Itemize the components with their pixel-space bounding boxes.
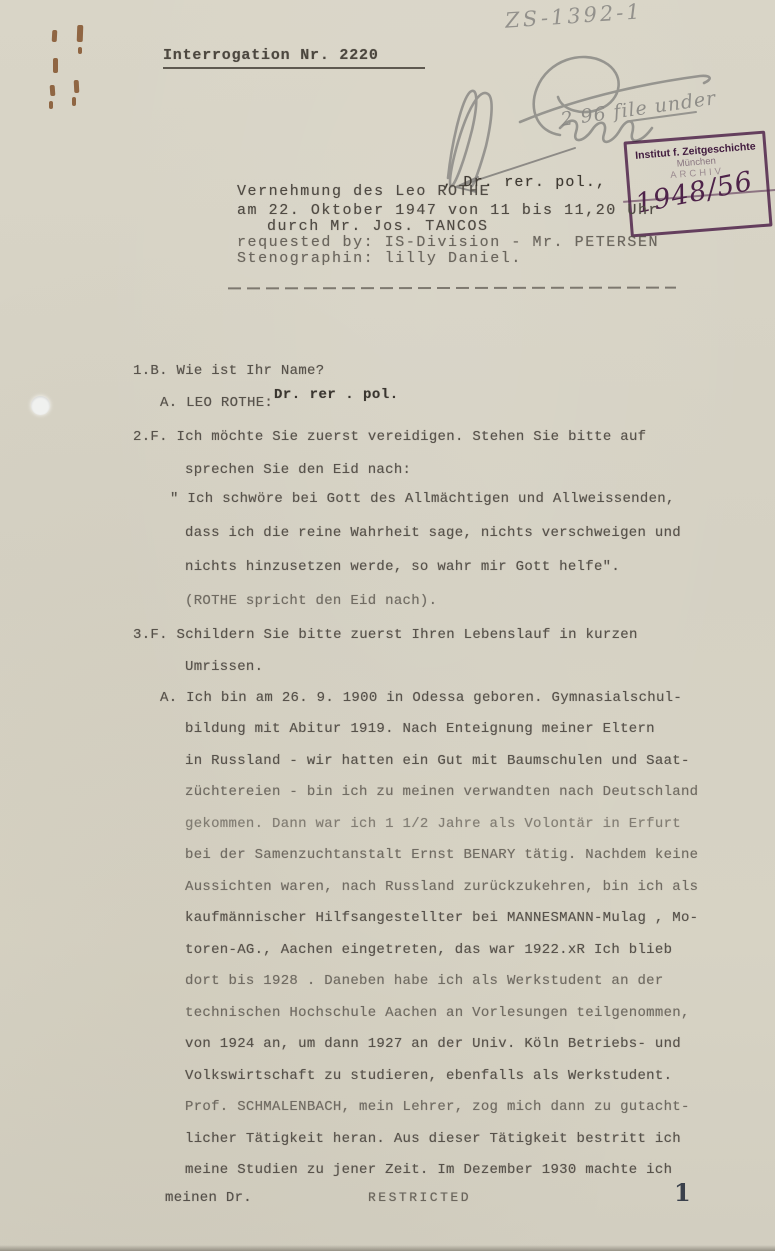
answer-line: von 1924 an, um dann 1927 an der Univ. K… (185, 1036, 681, 1052)
answer-line: Prof. SCHMALENBACH, mein Lehrer, zog mic… (185, 1099, 690, 1115)
answer-line: kaufmännischer Hilfsangestellter bei MAN… (185, 910, 698, 926)
answer-line: dort bis 1928 . Daneben habe ich als Wer… (185, 973, 664, 989)
oath-line: dass ich die reine Wahrheit sage, nichts… (185, 525, 681, 541)
answer-line: gekommen. Dann war ich 1 1/2 Jahre als V… (185, 816, 681, 832)
document-page: Interrogation Nr. 2220 ZS-1392-1 2 96 fi… (0, 0, 775, 1251)
answer-line: technischen Hochschule Aachen an Vorlesu… (185, 1005, 690, 1021)
answer-line: toren-AG., Aachen eingetreten, das war 1… (185, 942, 672, 958)
qa-line: A. LEO ROTHE: Dr. rer . pol. (160, 395, 273, 411)
oath-line: nichts hinzusetzen werde, so wahr mir Go… (185, 559, 620, 575)
staple-mark (78, 47, 82, 54)
classification-marking: RESTRICTED (368, 1190, 471, 1205)
qa-line: Umrissen. (185, 659, 263, 675)
staple-mark (53, 58, 58, 73)
qa-line: 3.F. Schildern Sie bitte zuerst Ihren Le… (133, 627, 638, 643)
qa-line: 2.F. Ich möchte Sie zuerst vereidigen. S… (133, 429, 646, 445)
staple-mark (50, 85, 56, 96)
staple-mark (72, 97, 76, 106)
header-subject-degree: , Dr. rer. pol., (443, 174, 606, 191)
header-subject-line: Vernehmung des Leo ROTHE , Dr. rer. pol.… (237, 183, 490, 200)
answer-line: licher Tätigkeit heran. Aus dieser Tätig… (185, 1131, 681, 1147)
oath-line: " Ich schwöre bei Gott des Allmächtigen … (170, 491, 675, 507)
filing-note-handwriting: 2 96 file under (559, 87, 717, 131)
answer-line: bildung mit Abitur 1919. Nach Enteignung… (185, 721, 655, 737)
archive-stamp: Institut f. Zeitgeschichte München ARCHI… (623, 131, 772, 238)
header-date-line: am 22. Oktober 1947 von 11 bis 11,20 Uhr (237, 202, 659, 219)
page-number: 1 (674, 1178, 691, 1207)
answer-line: Volkswirtschaft zu studieren, ebenfalls … (185, 1068, 672, 1084)
document-title-text: Interrogation Nr. 2220 (163, 47, 379, 64)
biography-answer-section: A. Ich bin am 26. 9. 1900 in Odessa gebo… (133, 676, 718, 1196)
answer-line: bei der Samenzuchtanstalt Ernst BENARY t… (185, 847, 698, 863)
staple-mark (77, 25, 84, 42)
header-stenographer-line: Stenographin: lilly Daniel. (237, 250, 522, 267)
answer-name: A. LEO ROTHE: (160, 395, 273, 411)
answer-line: in Russland - wir hatten ein Gut mit Bau… (185, 753, 690, 769)
archive-reference-handwriting: ZS-1392-1 (504, 0, 643, 33)
qa-line: sprechen Sie den Eid nach: (185, 462, 411, 478)
footer-catchword: meinen Dr. (165, 1190, 252, 1206)
qa-line: 1.B. Wie ist Ihr Name? (133, 363, 324, 379)
header-requested-by-line: requested by: IS-Division - Mr. PETERSEN (237, 234, 659, 251)
answer-line: meine Studien zu jener Zeit. Im Dezember… (185, 1162, 672, 1178)
answer-line: A. Ich bin am 26. 9. 1900 in Odessa gebo… (160, 690, 682, 706)
hole-punch (31, 396, 50, 415)
document-title: Interrogation Nr. 2220 (163, 46, 425, 69)
answer-line: Aussichten waren, nach Russland zurückzu… (185, 879, 698, 895)
qa-line: (ROTHE spricht den Eid nach). (185, 593, 437, 609)
header-interrogator-line: durch Mr. Jos. TANCOS (267, 218, 489, 235)
qa-section: 1.B. Wie ist Ihr Name? A. LEO ROTHE: Dr.… (133, 355, 718, 676)
answer-line: züchtereien - bin ich zu meinen verwandt… (185, 784, 698, 800)
answer-name-degree: Dr. rer . pol. (274, 387, 399, 403)
staple-mark (74, 80, 80, 93)
staple-mark (52, 30, 58, 42)
typed-separator-line (228, 287, 676, 290)
staple-mark (49, 101, 53, 109)
